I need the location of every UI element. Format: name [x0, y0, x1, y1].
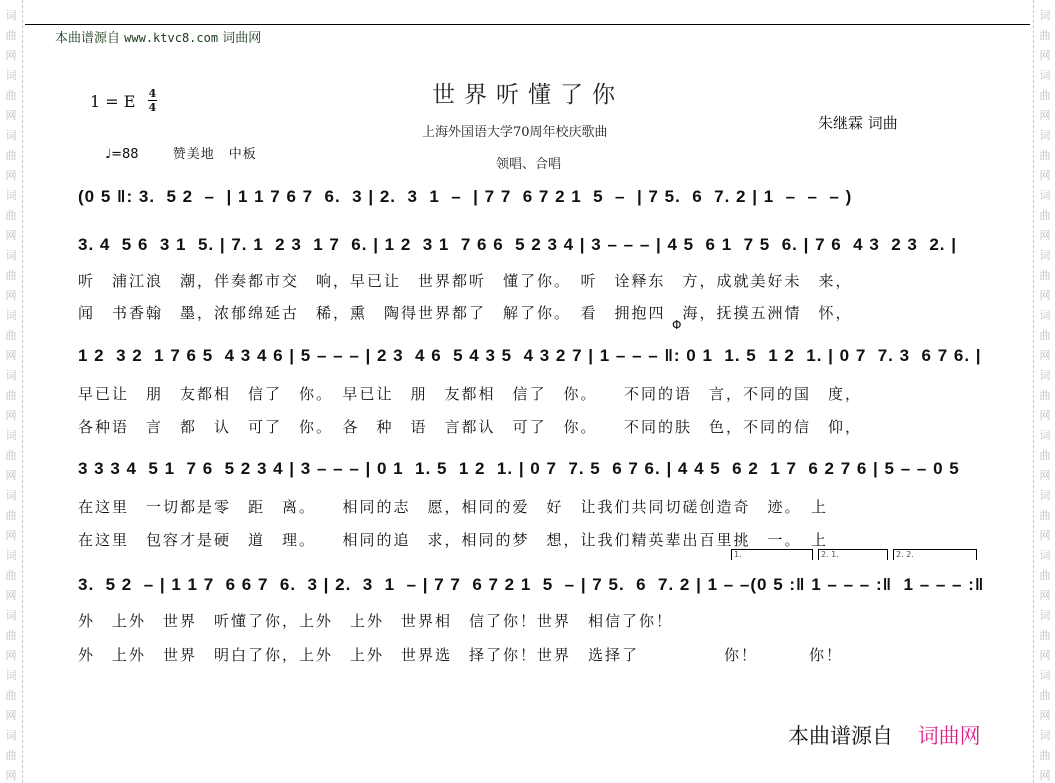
watermark-char: 网 [0, 646, 22, 666]
watermark-char: 曲 [1034, 626, 1055, 646]
watermark-char: 曲 [0, 206, 22, 226]
watermark-char: 词 [1034, 246, 1055, 266]
watermark-char: 网 [1034, 586, 1055, 606]
watermark-char: 曲 [1034, 26, 1055, 46]
source-footer: 本曲谱源自 词曲网 [788, 720, 981, 750]
song-subtitle: 上海外国语大学70周年校庆歌曲 [422, 121, 608, 140]
source-url[interactable]: www.ktvc8.com [124, 31, 218, 45]
score-line-4-lyric-1: 在这里 一切都是零 距 离。 相同的志 愿，相同的爱 好 让我们共同切磋创造奇 … [78, 496, 828, 517]
watermark-char: 网 [0, 166, 22, 186]
watermark-char: 词 [1034, 66, 1055, 86]
score-line-1-notes: (0 5 ‖: 3. 5 2 – | 1 1 7 6 7 6. 3 | 2. 3… [78, 187, 852, 213]
score-line-5-lyric-1: 外 上外 世界 听懂了你，上外 上外 世界相 信了你！世界 相信了你！ [78, 610, 673, 631]
watermark-char: 曲 [0, 386, 22, 406]
source-prefix: 本曲谱源自 [55, 31, 120, 46]
score-line-4-lyric-2: 在这里 包容才是硬 道 理。 相同的追 求，相同的梦 想，让我们精英辈出百里挑 … [78, 529, 828, 550]
watermark-char: 词 [1034, 366, 1055, 386]
watermark-char: 曲 [0, 326, 22, 346]
watermark-char: 曲 [1034, 326, 1055, 346]
time-signature-top: 4 [148, 88, 157, 99]
watermark-char: 词 [1034, 6, 1055, 26]
watermark-char: 网 [0, 466, 22, 486]
score-line-3-notes: 1 2 3 2 1 7 6 5 4 3 4 6 | 5 – – – | 2 3 … [78, 346, 982, 372]
watermark-char: 词 [0, 666, 22, 686]
watermark-char: 词 [0, 6, 22, 26]
footer-source-prefix: 本曲谱源自 [788, 724, 893, 748]
watermark-char: 词 [0, 486, 22, 506]
score-line-3-lyric-1: 早已让 朋 友都相 信了 你。 早已让 朋 友都相 信了 你。 不同的语 言，不… [78, 383, 862, 404]
watermark-char: 词 [0, 186, 22, 206]
watermark-char: 词 [0, 66, 22, 86]
watermark-char: 曲 [0, 266, 22, 286]
watermark-char: 曲 [0, 146, 22, 166]
watermark-char: 网 [0, 586, 22, 606]
watermark-char: 曲 [0, 26, 22, 46]
song-title: 世界听懂了你 [432, 76, 624, 109]
watermark-char: 网 [1034, 226, 1055, 246]
expression-marking: 赞美地 中板 [173, 147, 257, 162]
watermark-char: 网 [1034, 106, 1055, 126]
watermark-char: 网 [0, 766, 22, 783]
tempo-marking: ♩=88 赞美地 中板 [105, 143, 257, 162]
watermark-char: 词 [1034, 306, 1055, 326]
watermark-char: 网 [1034, 706, 1055, 726]
source-site: 词曲网 [222, 31, 261, 46]
volta-bracket-2-2: 2. 2. [893, 549, 977, 560]
watermark-char: 网 [0, 346, 22, 366]
time-signature-bottom: 4 [148, 102, 157, 113]
watermark-char: 曲 [1034, 386, 1055, 406]
watermark-char: 曲 [0, 506, 22, 526]
watermark-char: 词 [0, 546, 22, 566]
header-rule [25, 24, 1030, 25]
source-header: 本曲谱源自 www.ktvc8.com 词曲网 [55, 27, 261, 46]
watermark-column-right: 词曲网 词曲网 词曲网 词曲网 词曲网 词曲网 词曲网 词曲网 词曲网 词曲网 … [1033, 0, 1055, 783]
performance-type: 领唱、合唱 [496, 153, 561, 172]
coda-sign: Φ [672, 318, 681, 332]
watermark-char: 词 [0, 306, 22, 326]
volta-bracket-2-1: 2. 1. [818, 549, 888, 560]
watermark-char: 网 [1034, 46, 1055, 66]
watermark-char: 曲 [1034, 686, 1055, 706]
volta-bracket-1: 1. [731, 549, 813, 560]
watermark-char: 曲 [0, 566, 22, 586]
watermark-char: 网 [1034, 406, 1055, 426]
watermark-char: 词 [1034, 726, 1055, 746]
watermark-char: 词 [1034, 126, 1055, 146]
watermark-char: 词 [0, 246, 22, 266]
watermark-char: 网 [0, 226, 22, 246]
watermark-char: 曲 [0, 626, 22, 646]
watermark-char: 词 [1034, 186, 1055, 206]
score-line-5-lyric-2: 外 上外 世界 明白了你，上外 上外 世界选 择了你！世界 选择了 你！ 你！ [78, 644, 843, 665]
watermark-char: 曲 [1034, 206, 1055, 226]
composer-credit: 朱继霖 词曲 [818, 112, 898, 133]
watermark-char: 曲 [1034, 86, 1055, 106]
watermark-char: 网 [1034, 526, 1055, 546]
watermark-char: 网 [1034, 646, 1055, 666]
watermark-char: 网 [0, 406, 22, 426]
watermark-char: 词 [1034, 546, 1055, 566]
watermark-char: 曲 [0, 686, 22, 706]
watermark-char: 曲 [1034, 146, 1055, 166]
watermark-char: 曲 [1034, 266, 1055, 286]
footer-source-site[interactable]: 词曲网 [918, 724, 981, 748]
score-line-2-notes: 3. 4 5 6 3 1 5. | 7. 1 2 3 1 7 6. | 1 2 … [78, 235, 957, 261]
score-line-5-notes: 3. 5 2 – | 1 1 7 6 6 7 6. 3 | 2. 3 1 – |… [78, 575, 984, 601]
watermark-char: 网 [0, 46, 22, 66]
watermark-char: 词 [0, 606, 22, 626]
watermark-char: 网 [1034, 466, 1055, 486]
watermark-char: 网 [0, 106, 22, 126]
watermark-char: 网 [0, 706, 22, 726]
watermark-char: 曲 [1034, 506, 1055, 526]
score-line-2-lyric-1: 听 浦江浪 潮，伴奏都市交 响，早已让 世界都听 懂了你。 听 诠释东 方，成就… [78, 270, 853, 291]
watermark-char: 网 [1034, 346, 1055, 366]
watermark-char: 网 [1034, 286, 1055, 306]
watermark-char: 词 [0, 366, 22, 386]
watermark-char: 曲 [1034, 746, 1055, 766]
watermark-char: 曲 [1034, 566, 1055, 586]
watermark-char: 曲 [0, 446, 22, 466]
score-line-4-notes: 3 3 3 4 5 1 7 6 5 2 3 4 | 3 – – – | 0 1 … [78, 459, 960, 485]
watermark-char: 词 [0, 726, 22, 746]
watermark-char: 网 [0, 286, 22, 306]
watermark-char: 词 [1034, 666, 1055, 686]
watermark-char: 曲 [0, 86, 22, 106]
watermark-char: 曲 [0, 746, 22, 766]
watermark-char: 词 [1034, 486, 1055, 506]
watermark-char: 网 [0, 526, 22, 546]
watermark-char: 网 [1034, 166, 1055, 186]
score-line-3-lyric-2: 各种语 言 都 认 可了 你。 各 种 语 言都认 可了 你。 不同的肤 色，不… [78, 416, 862, 437]
watermark-char: 曲 [1034, 446, 1055, 466]
time-signature: 4 4 [148, 88, 157, 113]
watermark-char: 词 [0, 426, 22, 446]
watermark-column-left: 词曲网 词曲网 词曲网 词曲网 词曲网 词曲网 词曲网 词曲网 词曲网 词曲网 … [0, 0, 23, 783]
key-signature: 1 = E [90, 92, 135, 111]
tempo-value: ♩=88 [105, 147, 139, 162]
score-line-2-lyric-2: 闻 书香翰 墨，浓郁绵延古 稀，熏 陶得世界都了 解了你。 看 拥抱四 海，抚摸… [78, 302, 853, 323]
watermark-char: 网 [1034, 766, 1055, 783]
watermark-char: 词 [0, 126, 22, 146]
watermark-char: 词 [1034, 426, 1055, 446]
watermark-char: 词 [1034, 606, 1055, 626]
